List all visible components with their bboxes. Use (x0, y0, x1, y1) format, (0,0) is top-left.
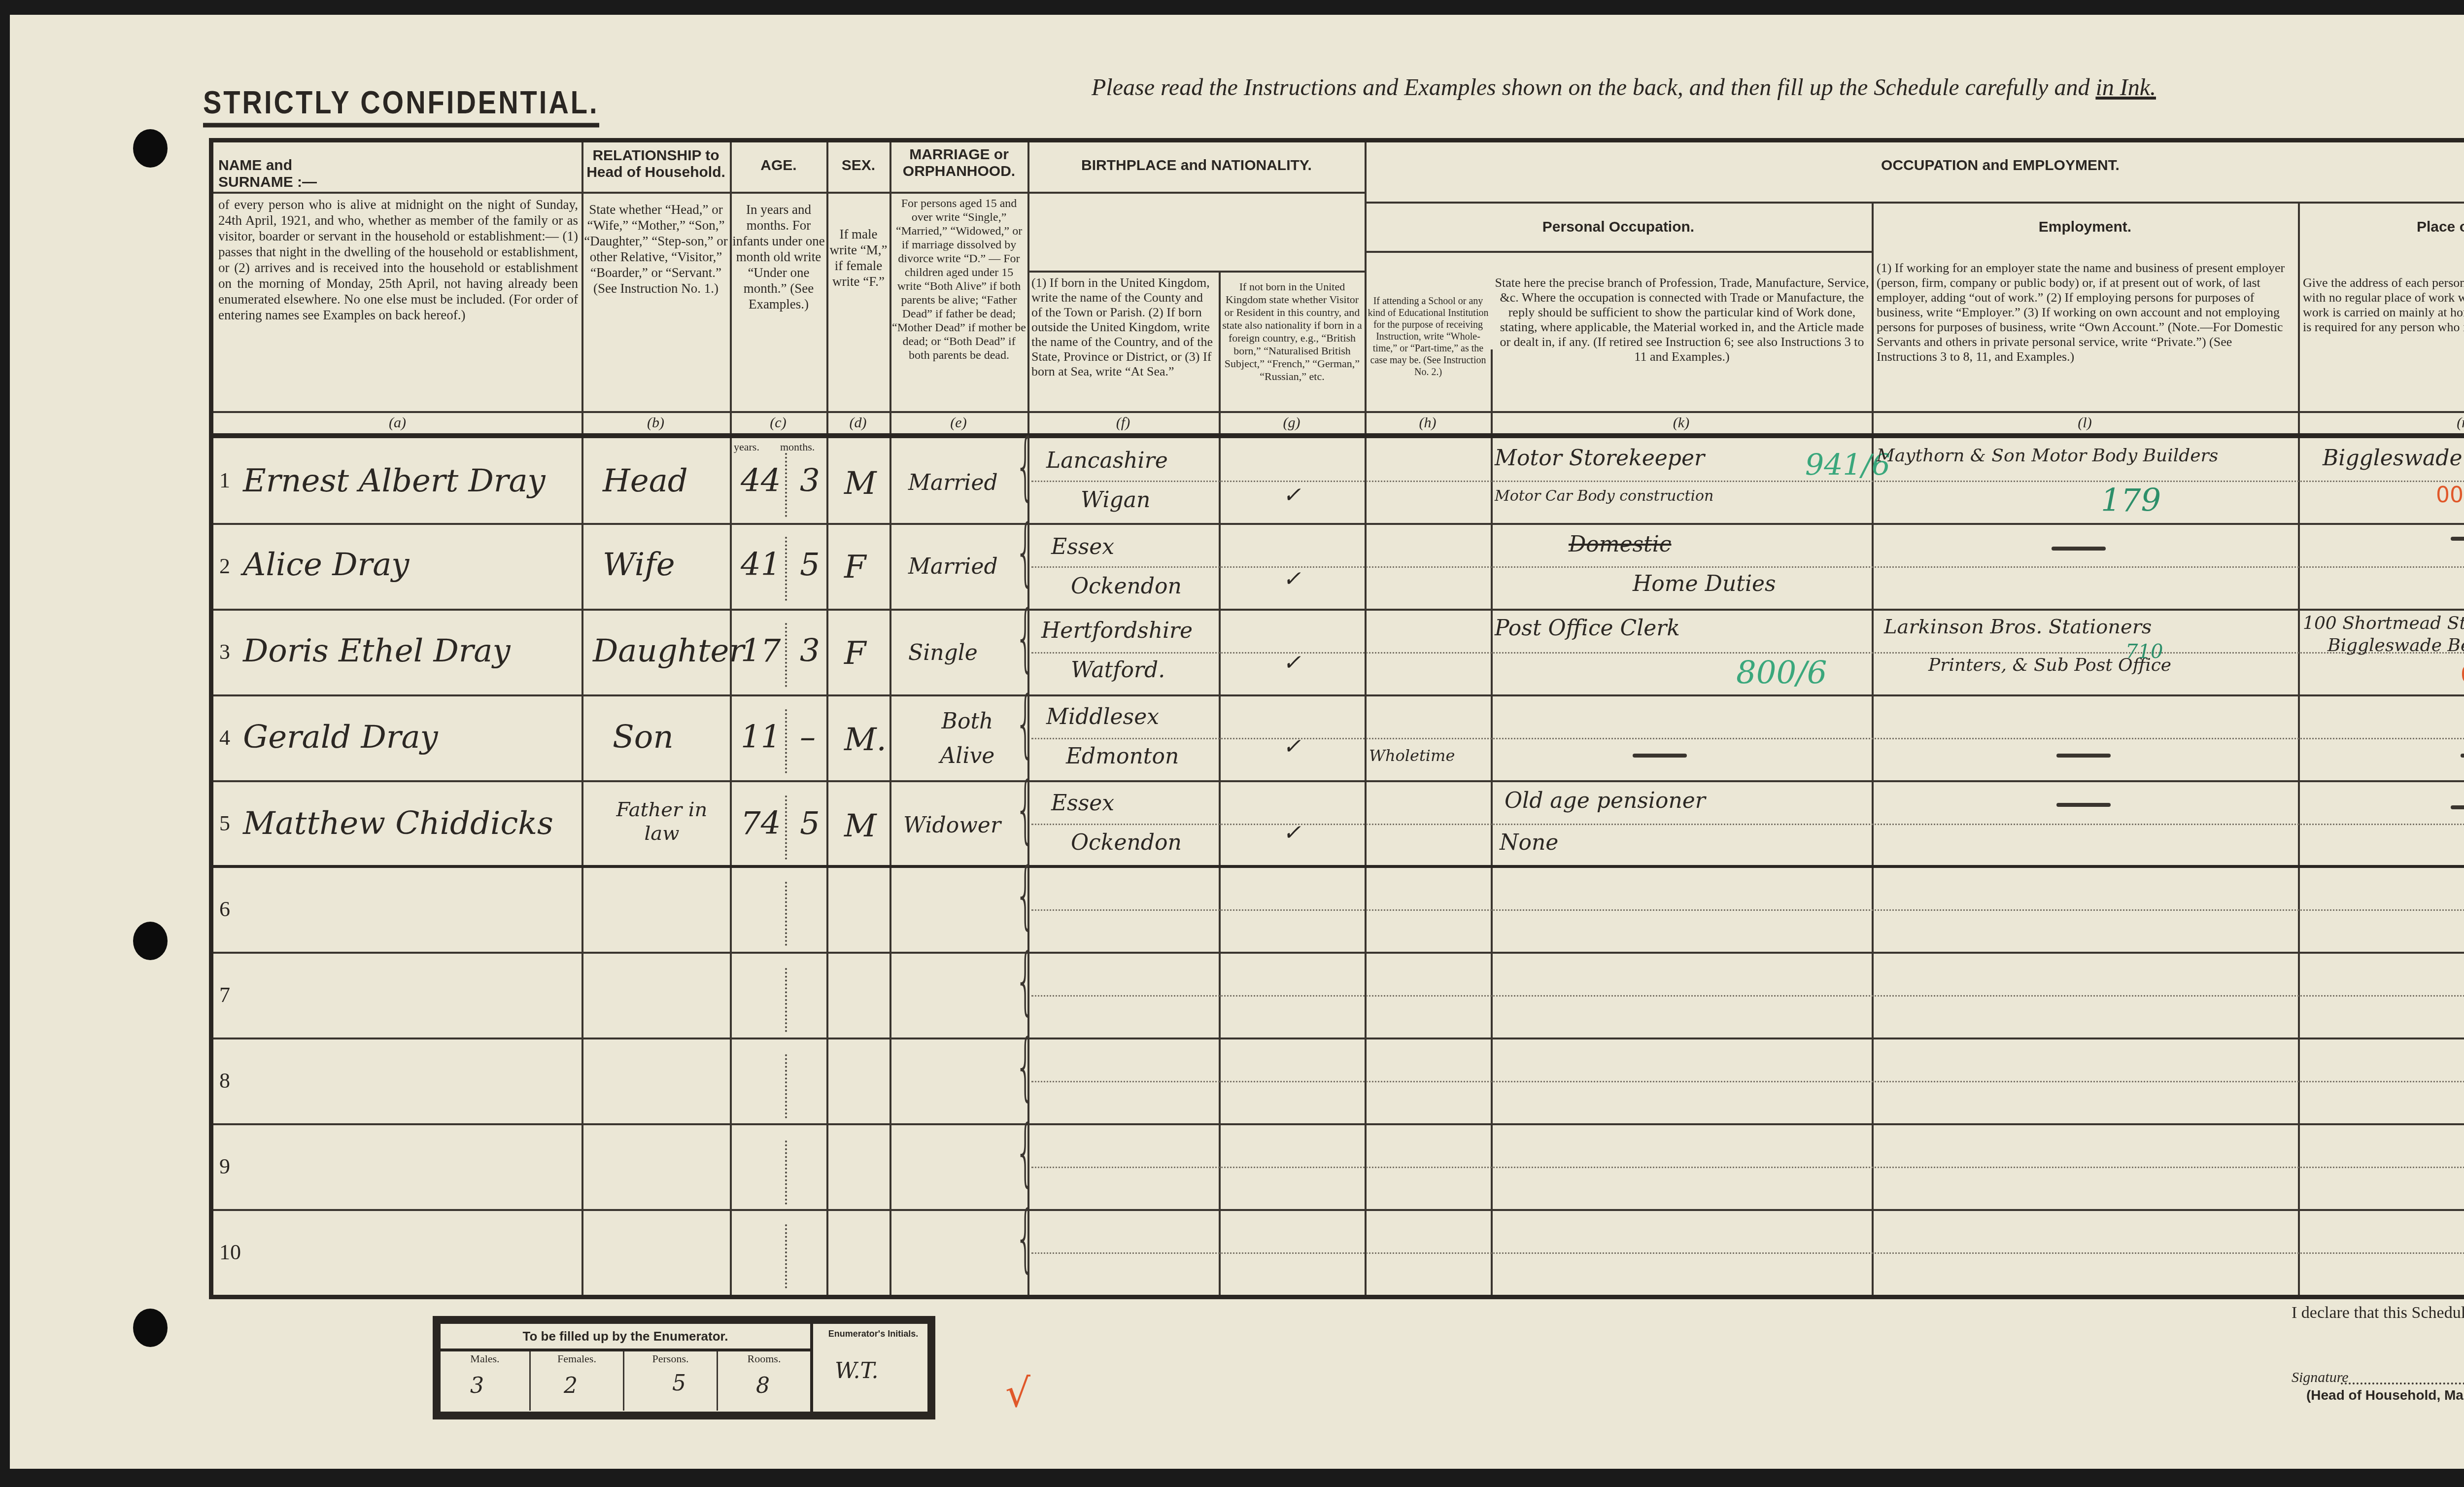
age-months: 3 (800, 633, 820, 669)
rooms-value: 8 (756, 1373, 770, 1398)
signature-note: (Head of Household, Manager of Establish… (2306, 1387, 2464, 1403)
row-divider (213, 1209, 2464, 1211)
row-midline (1031, 1081, 2464, 1082)
sex: F (844, 549, 866, 586)
sex: M. (844, 722, 887, 758)
col-letter-b: (b) (582, 415, 730, 431)
col-a-title: NAME and SURNAME :— (218, 157, 366, 191)
brace-icon: { (1015, 509, 1036, 595)
age-years: 44 (741, 463, 781, 499)
rule (810, 1324, 813, 1412)
age-divider (785, 453, 787, 517)
occupation-code: 800/6 (1736, 655, 1827, 692)
col-letter-c: (c) (730, 415, 826, 431)
age-divider (785, 795, 787, 860)
row-number: 2 (219, 553, 230, 579)
row-divider (213, 1123, 2464, 1125)
age-divider (785, 968, 787, 1032)
birth-county: Hertfordshire (1041, 618, 1193, 643)
declaration-text: I declare that this Schedule is correctl… (2292, 1304, 2464, 1322)
brace-icon: { (1015, 1024, 1036, 1109)
employer: Maythorn & Son Motor Body Builders (1877, 446, 2218, 466)
dash-mark (2056, 803, 2111, 807)
header-rule (1365, 202, 2464, 204)
age-divider (785, 623, 787, 687)
row-divider (213, 865, 2464, 868)
row-number: 5 (219, 811, 230, 836)
occupation: Old age pensioner (1505, 788, 1706, 813)
signature-line (2341, 1383, 2464, 1384)
workplace-code: 0040/01 (2461, 662, 2464, 688)
col-h-instructions: If attending a School or any kind of Edu… (1367, 295, 1490, 409)
age-divider (785, 1224, 787, 1288)
brace-icon: { (1015, 595, 1036, 681)
header-rule (1365, 251, 1872, 253)
row-number: 7 (219, 982, 230, 1007)
age-years-label: years. (734, 441, 759, 453)
person-name: Ernest Albert Dray (243, 463, 546, 499)
row-number: 10 (219, 1240, 241, 1265)
age-months: 5 (800, 547, 820, 583)
females-value: 2 (564, 1373, 578, 1398)
row-midline (1031, 909, 2464, 911)
col-m-instructions: Give the address of each person’s place … (2303, 276, 2464, 409)
birth-county: Essex (1051, 534, 1114, 559)
age-months: – (800, 719, 816, 756)
relationship: Daughter (593, 633, 744, 669)
workplace: 100 Shortmead St (2303, 613, 2464, 633)
age-divider (785, 537, 787, 601)
brace-icon: { (1015, 766, 1036, 852)
dash-mark (2461, 754, 2464, 758)
household-table: NAME and SURNAME :— RELATIONSHIP to Head… (209, 138, 2464, 1299)
person-name: Doris Ethel Dray (243, 633, 511, 669)
initials-value: W.T. (835, 1358, 878, 1383)
rooms-label: Rooms. (718, 1352, 810, 1365)
row-divider (213, 609, 2464, 611)
col-b-title: RELATIONSHIP to Head of Household. (584, 147, 728, 181)
brace-icon: { (1015, 938, 1036, 1024)
age-divider (785, 1054, 787, 1118)
punch-hole (133, 129, 168, 168)
relationship: Son (613, 719, 674, 756)
person-name: Matthew Chiddicks (243, 805, 553, 842)
persons-label: Persons. (624, 1352, 717, 1365)
sex: M (844, 808, 877, 844)
header-bottom-rule (213, 433, 2464, 438)
employment-title: Employment. (1874, 219, 2296, 236)
birthplace-title: BIRTHPLACE and NATIONALITY. (1029, 157, 1364, 174)
dash-mark (2451, 805, 2464, 809)
age-months-label: months. (780, 441, 815, 453)
col-letter-f: (f) (1027, 415, 1219, 431)
school-attendance: Wholetime (1369, 746, 1455, 765)
row-divider (213, 523, 2464, 525)
enumerator-box-title: To be filled up by the Enumerator. (441, 1329, 810, 1344)
personal-occupation-title: Personal Occupation. (1367, 219, 1870, 236)
workplace-detail: Biggleswade Beds (2327, 635, 2464, 656)
red-check-mark: √ (1005, 1370, 1030, 1416)
row-number: 3 (219, 639, 230, 664)
col-letter-e: (e) (890, 415, 1027, 431)
nationality-tick: ✓ (1283, 483, 1301, 508)
col-c-instructions: In years and months. For infants under o… (732, 202, 825, 409)
col-f-instructions: (1) If born in the United Kingdom, write… (1031, 276, 1217, 409)
col-letter-h: (h) (1365, 415, 1491, 431)
instructions-line: Please read the Instructions and Example… (1092, 74, 2156, 101)
brace-icon: { (1015, 1109, 1036, 1195)
relationship: Wife (603, 547, 675, 583)
person-name: Alice Dray (243, 547, 409, 583)
birth-county: Middlesex (1046, 704, 1159, 729)
males-value: 3 (470, 1373, 484, 1398)
col-d-instructions: If male write “M,” if female write “F.” (828, 226, 889, 409)
instructions-text: Please read the Instructions and Example… (1092, 74, 2095, 101)
col-g-instructions: If not born in the United Kingdom state … (1221, 280, 1364, 409)
age-months: 3 (800, 463, 820, 499)
row-midline (1031, 995, 2464, 997)
age-years: 11 (741, 719, 781, 756)
row-midline (1031, 1167, 2464, 1168)
row-number: 9 (219, 1154, 230, 1179)
marital-status: Married (908, 554, 998, 579)
age-months: 5 (800, 805, 820, 842)
col-b-instructions: State whether “Head,” or “Wife,” “Mother… (584, 202, 728, 409)
birth-county: Lancashire (1046, 448, 1168, 473)
col-d-title: SEX. (828, 157, 889, 174)
row-midline (1031, 824, 2464, 825)
orphanhood-status: Both Alive (913, 704, 1022, 773)
nationality-tick: ✓ (1283, 566, 1301, 591)
row-divider (213, 952, 2464, 954)
row-midline (1031, 481, 2464, 482)
col-a-instructions: of every person who is alive at midnight… (218, 197, 578, 409)
initials-label: Enumerator's Initials. (815, 1329, 931, 1339)
nationality-tick: ✓ (1283, 734, 1301, 759)
females-label: Females. (531, 1352, 623, 1365)
marital-status: Married (908, 470, 998, 495)
col-e-title: MARRIAGE or ORPHANHOOD. (891, 146, 1027, 180)
row-midline (1031, 738, 2464, 739)
col-l-instructions: (1) If working for an employer state the… (1877, 261, 2295, 409)
relationship: Head (603, 463, 688, 499)
row-midline (1031, 652, 2464, 654)
brace-icon: { (1015, 852, 1036, 938)
birth-town: Ockendon (1071, 830, 1182, 855)
col-k-instructions: State here the precise branch of Profess… (1495, 276, 1869, 409)
sex: F (844, 635, 866, 672)
in-ink-text: in Ink. (2095, 74, 2156, 101)
strictly-confidential-title: STRICTLY CONFIDENTIAL. (203, 84, 599, 128)
col-c-title: AGE. (732, 157, 825, 174)
col-letter-a: (a) (213, 415, 582, 431)
occupation-struck: Domestic (1569, 532, 1672, 557)
occupation-detail: None (1500, 830, 1558, 855)
birth-county: Essex (1051, 791, 1114, 816)
birth-town: Wigan (1081, 487, 1150, 513)
employer: Larkinson Bros. Stationers (1884, 616, 2152, 638)
col-e-instructions: For persons aged 15 and over write “Sing… (891, 197, 1027, 409)
rule (441, 1349, 810, 1351)
enumerator-summary-box: To be filled up by the Enumerator. Males… (433, 1316, 935, 1419)
nationality-tick: ✓ (1283, 650, 1301, 675)
marital-status: Single (908, 640, 978, 665)
sex: M (844, 465, 877, 502)
col-divider (582, 142, 583, 1295)
workplace: Biggleswade Beds (2323, 446, 2464, 471)
occupation-title: OCCUPATION and EMPLOYMENT. (1367, 157, 2464, 174)
header-rule (213, 411, 2464, 413)
brace-icon: { (1015, 1195, 1036, 1281)
row-divider (213, 694, 2464, 696)
age-years: 41 (741, 547, 781, 583)
relationship: Father in law (603, 798, 721, 845)
row-divider (213, 780, 2464, 782)
birth-town: Watford. (1071, 657, 1165, 683)
row-midline (1031, 566, 2464, 568)
marital-status: Widower (903, 813, 1001, 838)
header-rule (213, 192, 1365, 194)
dash-mark (2451, 537, 2464, 541)
age-divider (785, 1141, 787, 1205)
persons-value: 5 (672, 1371, 686, 1396)
dash-mark (2056, 754, 2111, 758)
row-number: 1 (219, 468, 230, 493)
employer-code: 179 (2101, 483, 2161, 519)
occupation: Post Office Clerk (1495, 616, 1680, 641)
employer-code: 710 (2125, 640, 2163, 663)
col-divider (1872, 202, 1874, 1295)
row-number: 6 (219, 897, 230, 922)
col-letter-m: (m) (2298, 415, 2464, 431)
col-divider (2298, 202, 2300, 1295)
occupation: Motor Storekeeper (1495, 446, 1705, 471)
row-midline (1031, 1252, 2464, 1254)
dash-mark (2052, 547, 2106, 551)
age-years: 74 (741, 805, 781, 842)
age-divider (785, 882, 787, 946)
row-number: 8 (219, 1068, 230, 1093)
age-divider (785, 709, 787, 773)
col-letter-g: (g) (1219, 415, 1365, 431)
col-letter-l: (l) (1872, 415, 2298, 431)
nationality-tick: ✓ (1283, 820, 1301, 845)
signature-label: Signature (2292, 1369, 2349, 1386)
birth-town: Edmonton (1066, 744, 1179, 769)
row-divider (213, 1037, 2464, 1039)
workplace-code: 0040/01 (2436, 483, 2464, 508)
place-of-work-title: Place of Work. (2300, 219, 2464, 236)
col-letter-d: (d) (826, 415, 890, 431)
punch-hole (133, 922, 168, 960)
header-rule (1027, 271, 1365, 273)
birth-town: Ockendon (1071, 574, 1182, 599)
punch-hole (133, 1309, 168, 1347)
col-letter-k: (k) (1491, 415, 1872, 431)
males-label: Males. (441, 1352, 529, 1365)
age-years: 17 (741, 633, 781, 669)
occupation-detail: Motor Car Body construction (1495, 487, 1713, 505)
row-number: 4 (219, 725, 230, 750)
occupation-detail: Home Duties (1633, 571, 1776, 596)
col-divider (1491, 349, 1493, 1295)
brace-icon: { (1015, 423, 1036, 509)
person-name: Gerald Dray (243, 719, 438, 756)
dash-mark (1633, 754, 1687, 758)
